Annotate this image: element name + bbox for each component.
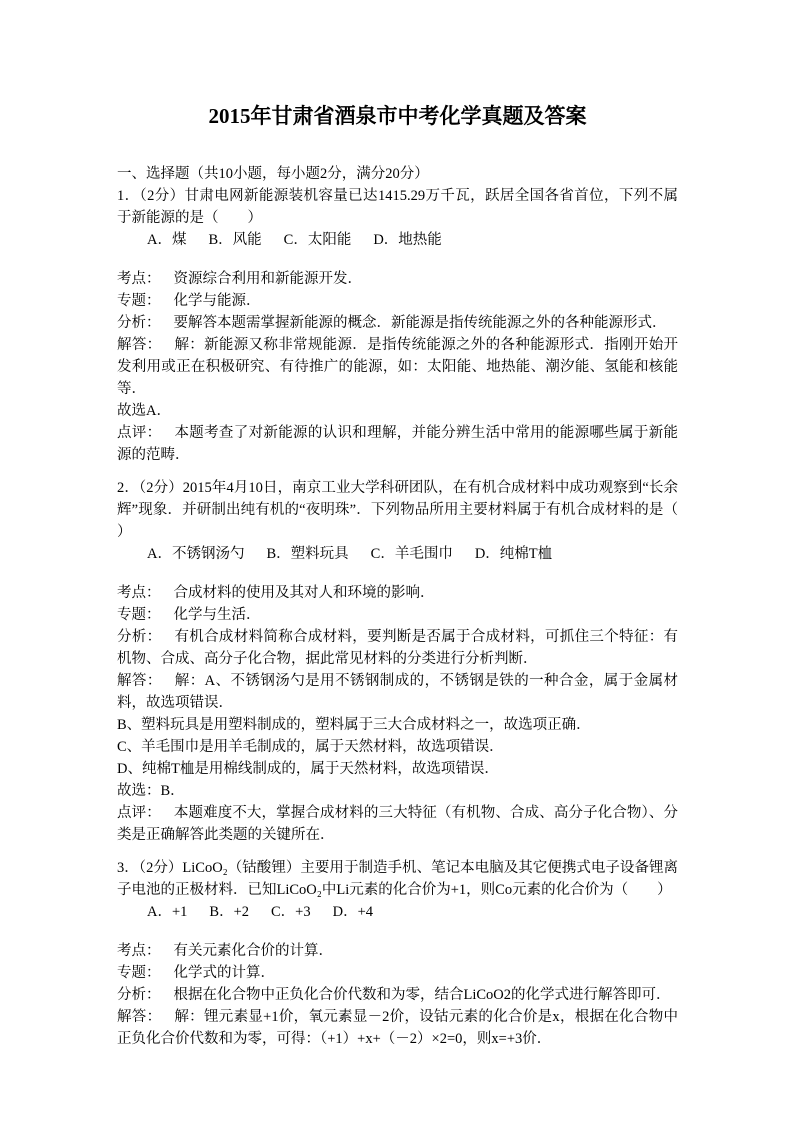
question-3-stem: 3．（2分）LiCoO₂（钴酸锂）主要用于制造手机、笔记本电脑及其它便携式电子设… xyxy=(117,857,678,901)
explanation-text: 解：新能源又称非常规能源．是指传统能源之外的各种能源形式．指刚开始开发利用或正在… xyxy=(117,337,678,397)
question-2-options: A．不锈钢汤勺B．塑料玩具C．羊毛围巾D．纯棉T桖 xyxy=(117,543,678,565)
explanation-label: 解答： xyxy=(117,673,175,689)
explanation-line: 解答：解：锂元素显+1价，氧元素显－2价，设钴元素的化合价是x，根据在化合物中正… xyxy=(117,1006,678,1050)
explanation-text: 故选A． xyxy=(117,403,171,419)
option-a: A．煤 xyxy=(147,232,186,248)
option-d: D．+4 xyxy=(333,904,373,920)
document-page: 2015年甘肃省酒泉市中考化学真题及答案 一、选择题（共10小题，每小题2分，满… xyxy=(0,0,794,1123)
section-heading: 一、选择题（共10小题，每小题2分，满分20分） xyxy=(117,163,678,185)
question-3: 3．（2分）LiCoO₂（钴酸锂）主要用于制造手机、笔记本电脑及其它便携式电子设… xyxy=(117,857,678,923)
explanation-line: 分析：有机合成材料简称合成材料，要判断是否属于合成材料，可抓住三个特征：有机物、… xyxy=(117,626,678,670)
explanation-text: 合成材料的使用及其对人和环境的影响． xyxy=(174,585,435,601)
explanation-label: 点评： xyxy=(117,425,174,441)
explanation-text: 资源综合利用和新能源开发． xyxy=(174,271,363,287)
option-a: A．+1 xyxy=(147,904,187,920)
question-1-analysis: 考点：资源综合利用和新能源开发． 专题：化学与能源． 分析：要解答本题需掌握新能… xyxy=(117,268,678,466)
option-b: B．塑料玩具 xyxy=(266,546,348,562)
explanation-line: C、羊毛围巾是用羊毛制成的，属于天然材料，故选项错误． xyxy=(117,736,678,758)
explanation-label: 解答： xyxy=(117,1009,174,1025)
explanation-label: 考点： xyxy=(117,271,174,287)
explanation-label: 考点： xyxy=(117,585,174,601)
explanation-line: 解答：解：A、不锈钢汤勺是用不锈钢制成的，不锈钢是铁的一种合金，属于金属材料，故… xyxy=(117,670,678,714)
explanation-text: 本题考查了对新能源的认识和理解，并能分辨生活中常用的能源哪些属于新能源的范畴． xyxy=(117,425,678,463)
explanation-text: 解：锂元素显+1价，氧元素显－2价，设钴元素的化合价是x，根据在化合物中正负化合… xyxy=(117,1009,678,1047)
question-3-analysis: 考点：有关元素化合价的计算． 专题：化学式的计算． 分析：根据在化合物中正负化合… xyxy=(117,940,678,1050)
explanation-line: 专题：化学式的计算． xyxy=(117,962,678,984)
option-c: C．+3 xyxy=(271,904,311,920)
question-1-stem: 1．（2分）甘肃电网新能源装机容量已达1415.29万千瓦，跃居全国各省首位，下… xyxy=(117,185,678,229)
explanation-line: 专题：化学与能源． xyxy=(117,290,678,312)
option-d: D．纯棉T桖 xyxy=(475,546,552,562)
explanation-text: 本题难度不大，掌握合成材料的三大特征（有机物、合成、高分子化合物）、分类是正确解… xyxy=(117,805,678,843)
document-content: 2015年甘肃省酒泉市中考化学真题及答案 一、选择题（共10小题，每小题2分，满… xyxy=(117,0,678,1050)
explanation-text: 有关元素化合价的计算． xyxy=(174,943,334,959)
explanation-line: B、塑料玩具是用塑料制成的，塑料属于三大合成材料之一，故选项正确． xyxy=(117,714,678,736)
explanation-text: 化学式的计算． xyxy=(174,965,276,981)
explanation-text: 故选：B． xyxy=(117,783,185,799)
question-1-options: A．煤B．风能C．太阳能D．地热能 xyxy=(117,229,678,251)
explanation-line: 分析：根据在化合物中正负化合价代数和为零，结合LiCoO2的化学式进行解答即可． xyxy=(117,984,678,1006)
option-a: A．不锈钢汤勺 xyxy=(147,546,244,562)
explanation-text: B、塑料玩具是用塑料制成的，塑料属于三大合成材料之一，故选项正确． xyxy=(117,717,591,733)
explanation-line: 点评：本题难度不大，掌握合成材料的三大特征（有机物、合成、高分子化合物）、分类是… xyxy=(117,802,678,846)
page-title: 2015年甘肃省酒泉市中考化学真题及答案 xyxy=(117,103,678,129)
explanation-line: 分析：要解答本题需掌握新能源的概念．新能源是指传统能源之外的各种能源形式． xyxy=(117,312,678,334)
explanation-line: 点评：本题考查了对新能源的认识和理解，并能分辨生活中常用的能源哪些属于新能源的范… xyxy=(117,422,678,466)
explanation-label: 分析： xyxy=(117,987,174,1003)
explanation-text: 要解答本题需掌握新能源的概念．新能源是指传统能源之外的各种能源形式． xyxy=(174,315,667,331)
answer-line: 故选A． xyxy=(117,400,678,422)
question-2-analysis: 考点：合成材料的使用及其对人和环境的影响． 专题：化学与生活． 分析：有机合成材… xyxy=(117,582,678,846)
explanation-text: 解：A、不锈钢汤勺是用不锈钢制成的，不锈钢是铁的一种合金，属于金属材料，故选项错… xyxy=(117,673,678,711)
explanation-line: 专题：化学与生活． xyxy=(117,604,678,626)
option-d: D．地热能 xyxy=(373,232,441,248)
question-2-stem: 2．（2分）2015年4月10日，南京工业大学科研团队，在有机合成材料中成功观察… xyxy=(117,477,678,543)
explanation-text: 化学与生活． xyxy=(174,607,261,623)
explanation-text: C、羊毛围巾是用羊毛制成的，属于天然材料，故选项错误． xyxy=(117,739,504,755)
explanation-label: 点评： xyxy=(117,805,174,821)
explanation-label: 分析： xyxy=(117,629,174,645)
explanation-line: 考点：合成材料的使用及其对人和环境的影响． xyxy=(117,582,678,604)
explanation-text: 有机合成材料简称合成材料，要判断是否属于合成材料，可抓住三个特征：有机物、合成、… xyxy=(117,629,678,667)
explanation-label: 专题： xyxy=(117,607,174,623)
explanation-line: 考点：资源综合利用和新能源开发． xyxy=(117,268,678,290)
question-1: 1．（2分）甘肃电网新能源装机容量已达1415.29万千瓦，跃居全国各省首位，下… xyxy=(117,185,678,251)
explanation-label: 专题： xyxy=(117,293,174,309)
option-b: B．+2 xyxy=(209,904,249,920)
explanation-line: 解答：解：新能源又称非常规能源．是指传统能源之外的各种能源形式．指刚开始开发利用… xyxy=(117,334,678,400)
question-2: 2．（2分）2015年4月10日，南京工业大学科研团队，在有机合成材料中成功观察… xyxy=(117,477,678,565)
explanation-label: 分析： xyxy=(117,315,174,331)
explanation-label: 专题： xyxy=(117,965,174,981)
option-c: C．羊毛围巾 xyxy=(371,546,453,562)
explanation-text: 根据在化合物中正负化合价代数和为零，结合LiCoO2的化学式进行解答即可． xyxy=(174,987,671,1003)
explanation-line: D、纯棉T桖是用棉线制成的，属于天然材料，故选项错误． xyxy=(117,758,678,780)
option-b: B．风能 xyxy=(208,232,261,248)
explanation-text: 化学与能源． xyxy=(174,293,261,309)
answer-line: 故选：B． xyxy=(117,780,678,802)
explanation-text: D、纯棉T桖是用棉线制成的，属于天然材料，故选项错误． xyxy=(117,761,499,777)
explanation-label: 考点： xyxy=(117,943,174,959)
explanation-line: 考点：有关元素化合价的计算． xyxy=(117,940,678,962)
question-3-options: A．+1B．+2C．+3D．+4 xyxy=(117,901,678,923)
explanation-label: 解答： xyxy=(117,337,174,353)
option-c: C．太阳能 xyxy=(284,232,352,248)
